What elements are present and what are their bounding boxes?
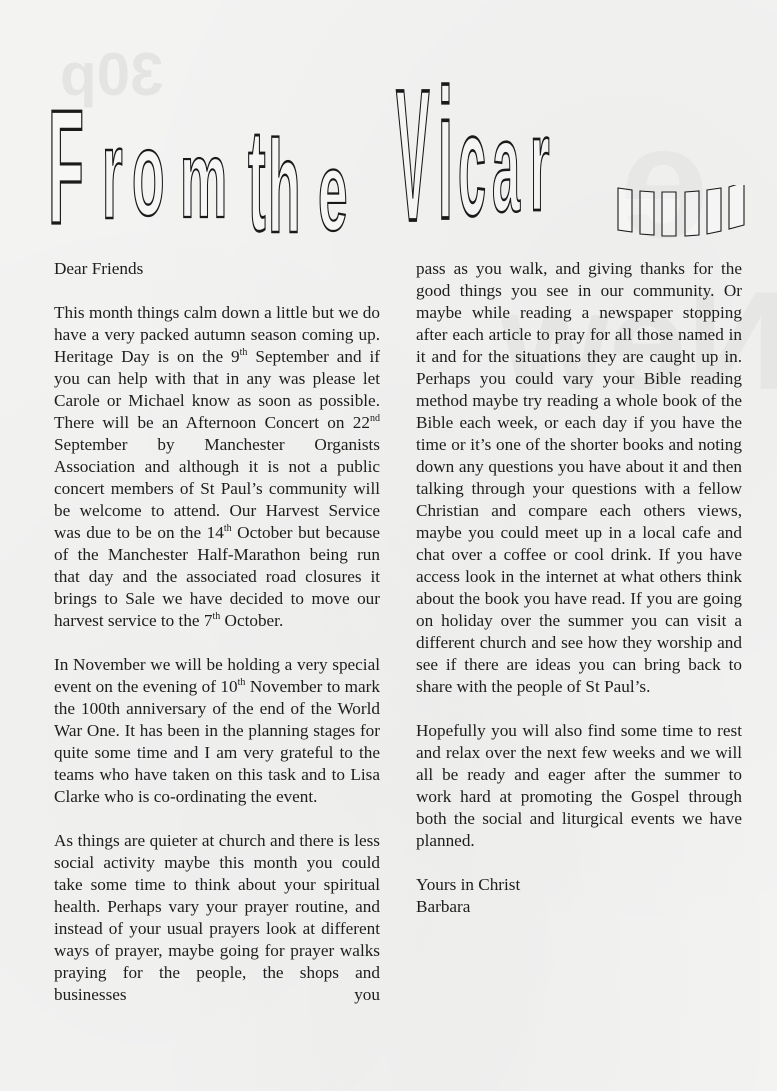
paragraph-autumn-events: This month things calm down a little but… — [54, 302, 380, 632]
ellipsis-dot — [662, 192, 676, 236]
title-letter: o — [132, 106, 164, 241]
paragraph-spiritual-health-part2: pass as you walk, and giving thanks for … — [416, 258, 742, 698]
title-letter: r — [102, 102, 123, 246]
title-letter: V — [396, 52, 430, 261]
title-letter: e — [318, 129, 348, 254]
ellipsis-dot — [640, 191, 654, 235]
letter-column-left: Dear Friends This month things calm down… — [54, 258, 380, 1006]
title-letter: r — [530, 88, 550, 239]
paragraph-november-event: In November we will be holding a very sp… — [54, 654, 380, 808]
paragraph-text: October. — [220, 611, 283, 630]
title-letter: t — [248, 100, 266, 262]
title-word-vicar: V i c a r — [396, 51, 550, 261]
letter-signature: Barbara — [416, 896, 742, 918]
ellipsis-dot — [707, 188, 721, 234]
letter-greeting: Dear Friends — [54, 258, 380, 280]
title-letter: h — [268, 114, 300, 261]
title-letter: a — [492, 94, 520, 239]
title-letter: c — [458, 84, 486, 247]
letter-closing: Yours in Christ — [416, 874, 742, 896]
title-word-from: F r o m — [48, 75, 227, 257]
title-letter: i — [438, 51, 453, 258]
title-ellipsis — [617, 185, 747, 255]
paragraph-rest-and-relax: Hopefully you will also find some time t… — [416, 720, 742, 852]
ellipsis-dot — [729, 185, 744, 229]
letter-column-right: pass as you walk, and giving thanks for … — [416, 258, 742, 918]
paragraph-text: November to mark the 100th anniversary o… — [54, 677, 380, 806]
ellipsis-dot — [685, 191, 699, 236]
ordinal-suffix: nd — [370, 413, 380, 424]
title-word-the: t h e — [248, 100, 348, 262]
title-letter: F — [48, 75, 84, 257]
ordinal-suffix: th — [224, 523, 232, 534]
ellipsis-dot — [618, 188, 632, 232]
paragraph-spiritual-health-part1: As things are quieter at church and ther… — [54, 830, 380, 1006]
title-letter: m — [180, 119, 227, 241]
